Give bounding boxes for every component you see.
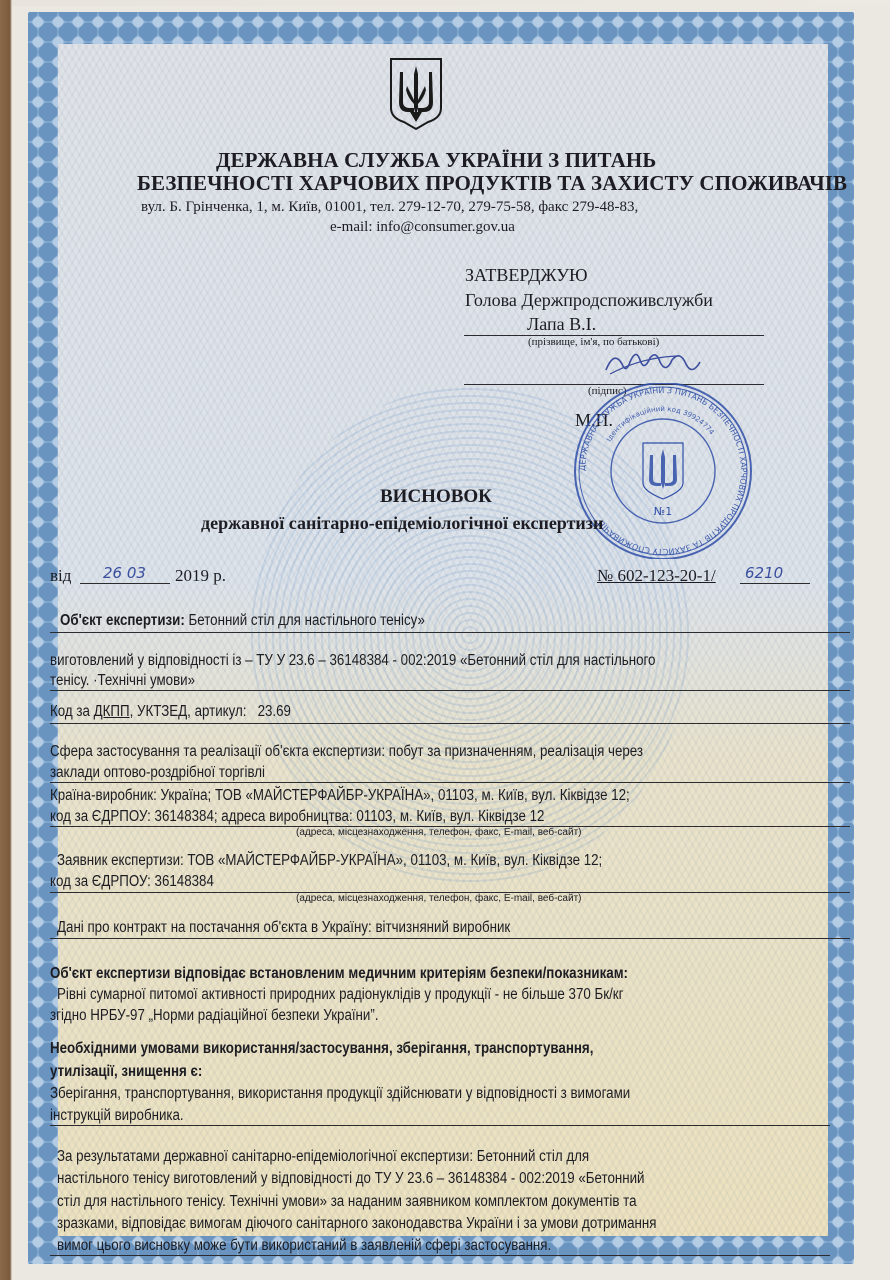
approval-position: Голова Держпродспоживслужби <box>465 290 713 311</box>
conditions-line2: інструкцій виробника. <box>50 1107 205 1125</box>
org-email: e-mail: info@consumer.gov.ua <box>330 219 515 236</box>
date-prefix: від <box>50 566 71 586</box>
country-line1: Країна-виробник: Україна; ТОВ «МАЙСТЕРФА… <box>50 787 724 805</box>
number-underline <box>740 583 810 584</box>
rule <box>50 723 850 724</box>
conditions-heading-line2: утилізації, знищення є: <box>50 1063 227 1081</box>
criteria-line1: Рівні сумарної питомої активності природ… <box>57 986 716 1004</box>
object-field: Об'єкт експертизи: Бетонний стіл для нас… <box>60 612 484 630</box>
conditions-line1: Зберігання, транспортування, використанн… <box>50 1085 725 1103</box>
rule <box>50 1125 830 1126</box>
code-value: 23.69 <box>258 703 291 720</box>
made-line2: тенісу. ·Технічні умови» <box>50 672 219 690</box>
contract-field: Дані про контракт на постачання об'єкта … <box>57 919 584 937</box>
country-line2: код за ЄДРПОУ: 36148384; адреса виробниц… <box>50 808 625 826</box>
date-handwritten: 26 03 <box>103 564 146 582</box>
scope-line1: Сфера застосування та реалізації об'єкта… <box>50 743 740 761</box>
date-underline <box>80 583 170 584</box>
approval-heading: ЗАТВЕРДЖУЮ <box>465 265 587 286</box>
rule <box>50 690 850 691</box>
document-title: ВИСНОВОК <box>380 486 492 508</box>
code-field: Код за ДКПП, УКТЗЕД, артикул: 23.69 <box>50 703 330 721</box>
rule <box>50 1255 830 1256</box>
object-value: Бетонний стіл для настільного тенісу» <box>188 612 424 629</box>
conclusion-line1: За результатами державної санітарно-епід… <box>57 1148 676 1166</box>
object-label: Об'єкт експертизи: <box>60 612 185 629</box>
document-subtitle: державної санітарно-епідеміологічної екс… <box>201 513 603 534</box>
rule <box>50 938 850 939</box>
number-handwritten: 6210 <box>745 564 783 582</box>
applicant-line2: код за ЄДРПОУ: 36148384 <box>50 873 241 891</box>
applicant-caption: (адреса, місцезнаходження, телефон, факс… <box>296 893 581 904</box>
org-name-line1: ДЕРЖАВНА СЛУЖБА УКРАЇНИ З ПИТАНЬ <box>216 148 656 173</box>
svg-text:№1: №1 <box>654 505 672 518</box>
conclusion-line4: зразками, відповідає вимогам діючого сан… <box>57 1215 754 1233</box>
svg-text:Ідентифікаційний код 39924774: Ідентифікаційний код 39924774 <box>605 405 716 443</box>
org-address: вул. Б. Грінченка, 1, м. Київ, 01001, те… <box>141 199 638 216</box>
scope-line2: заклади оптово-роздрібної торгівлі <box>50 764 300 782</box>
ukraine-trident-icon <box>388 56 444 132</box>
criteria-heading: Об'єкт експертизи відповідає встановлени… <box>50 965 722 983</box>
applicant-line1: Заявник експертизи: ТОВ «МАЙСТЕРФАЙБР-УК… <box>57 852 691 870</box>
document-number: № 602-123-20-1/ <box>597 566 716 586</box>
criteria-line2: згідно НРБУ-97 „Норми радіаційної безпек… <box>50 1007 432 1025</box>
address-caption: (адреса, місцезнаходження, телефон, факс… <box>296 827 581 838</box>
made-line1: виготовлений у відповідності із – ТУ У 2… <box>50 652 754 670</box>
org-name-line2: БЕЗПЕЧНОСТІ ХАРЧОВИХ ПРОДУКТІВ ТА ЗАХИСТ… <box>137 171 847 196</box>
conclusion-line5: вимог цього висновку може бути використа… <box>57 1237 632 1255</box>
approver-name: Лапа В.І. <box>527 314 596 335</box>
conclusion-line2: настільного тенісу виготовлений у відпов… <box>57 1170 740 1188</box>
conditions-heading-line1: Необхідними умовами використання/застосу… <box>50 1040 682 1058</box>
rule <box>50 632 850 633</box>
rule <box>50 782 850 783</box>
conclusion-line3: стіл для настільного тенісу. Технічні ум… <box>57 1193 731 1211</box>
date-year: 2019 р. <box>175 566 226 586</box>
